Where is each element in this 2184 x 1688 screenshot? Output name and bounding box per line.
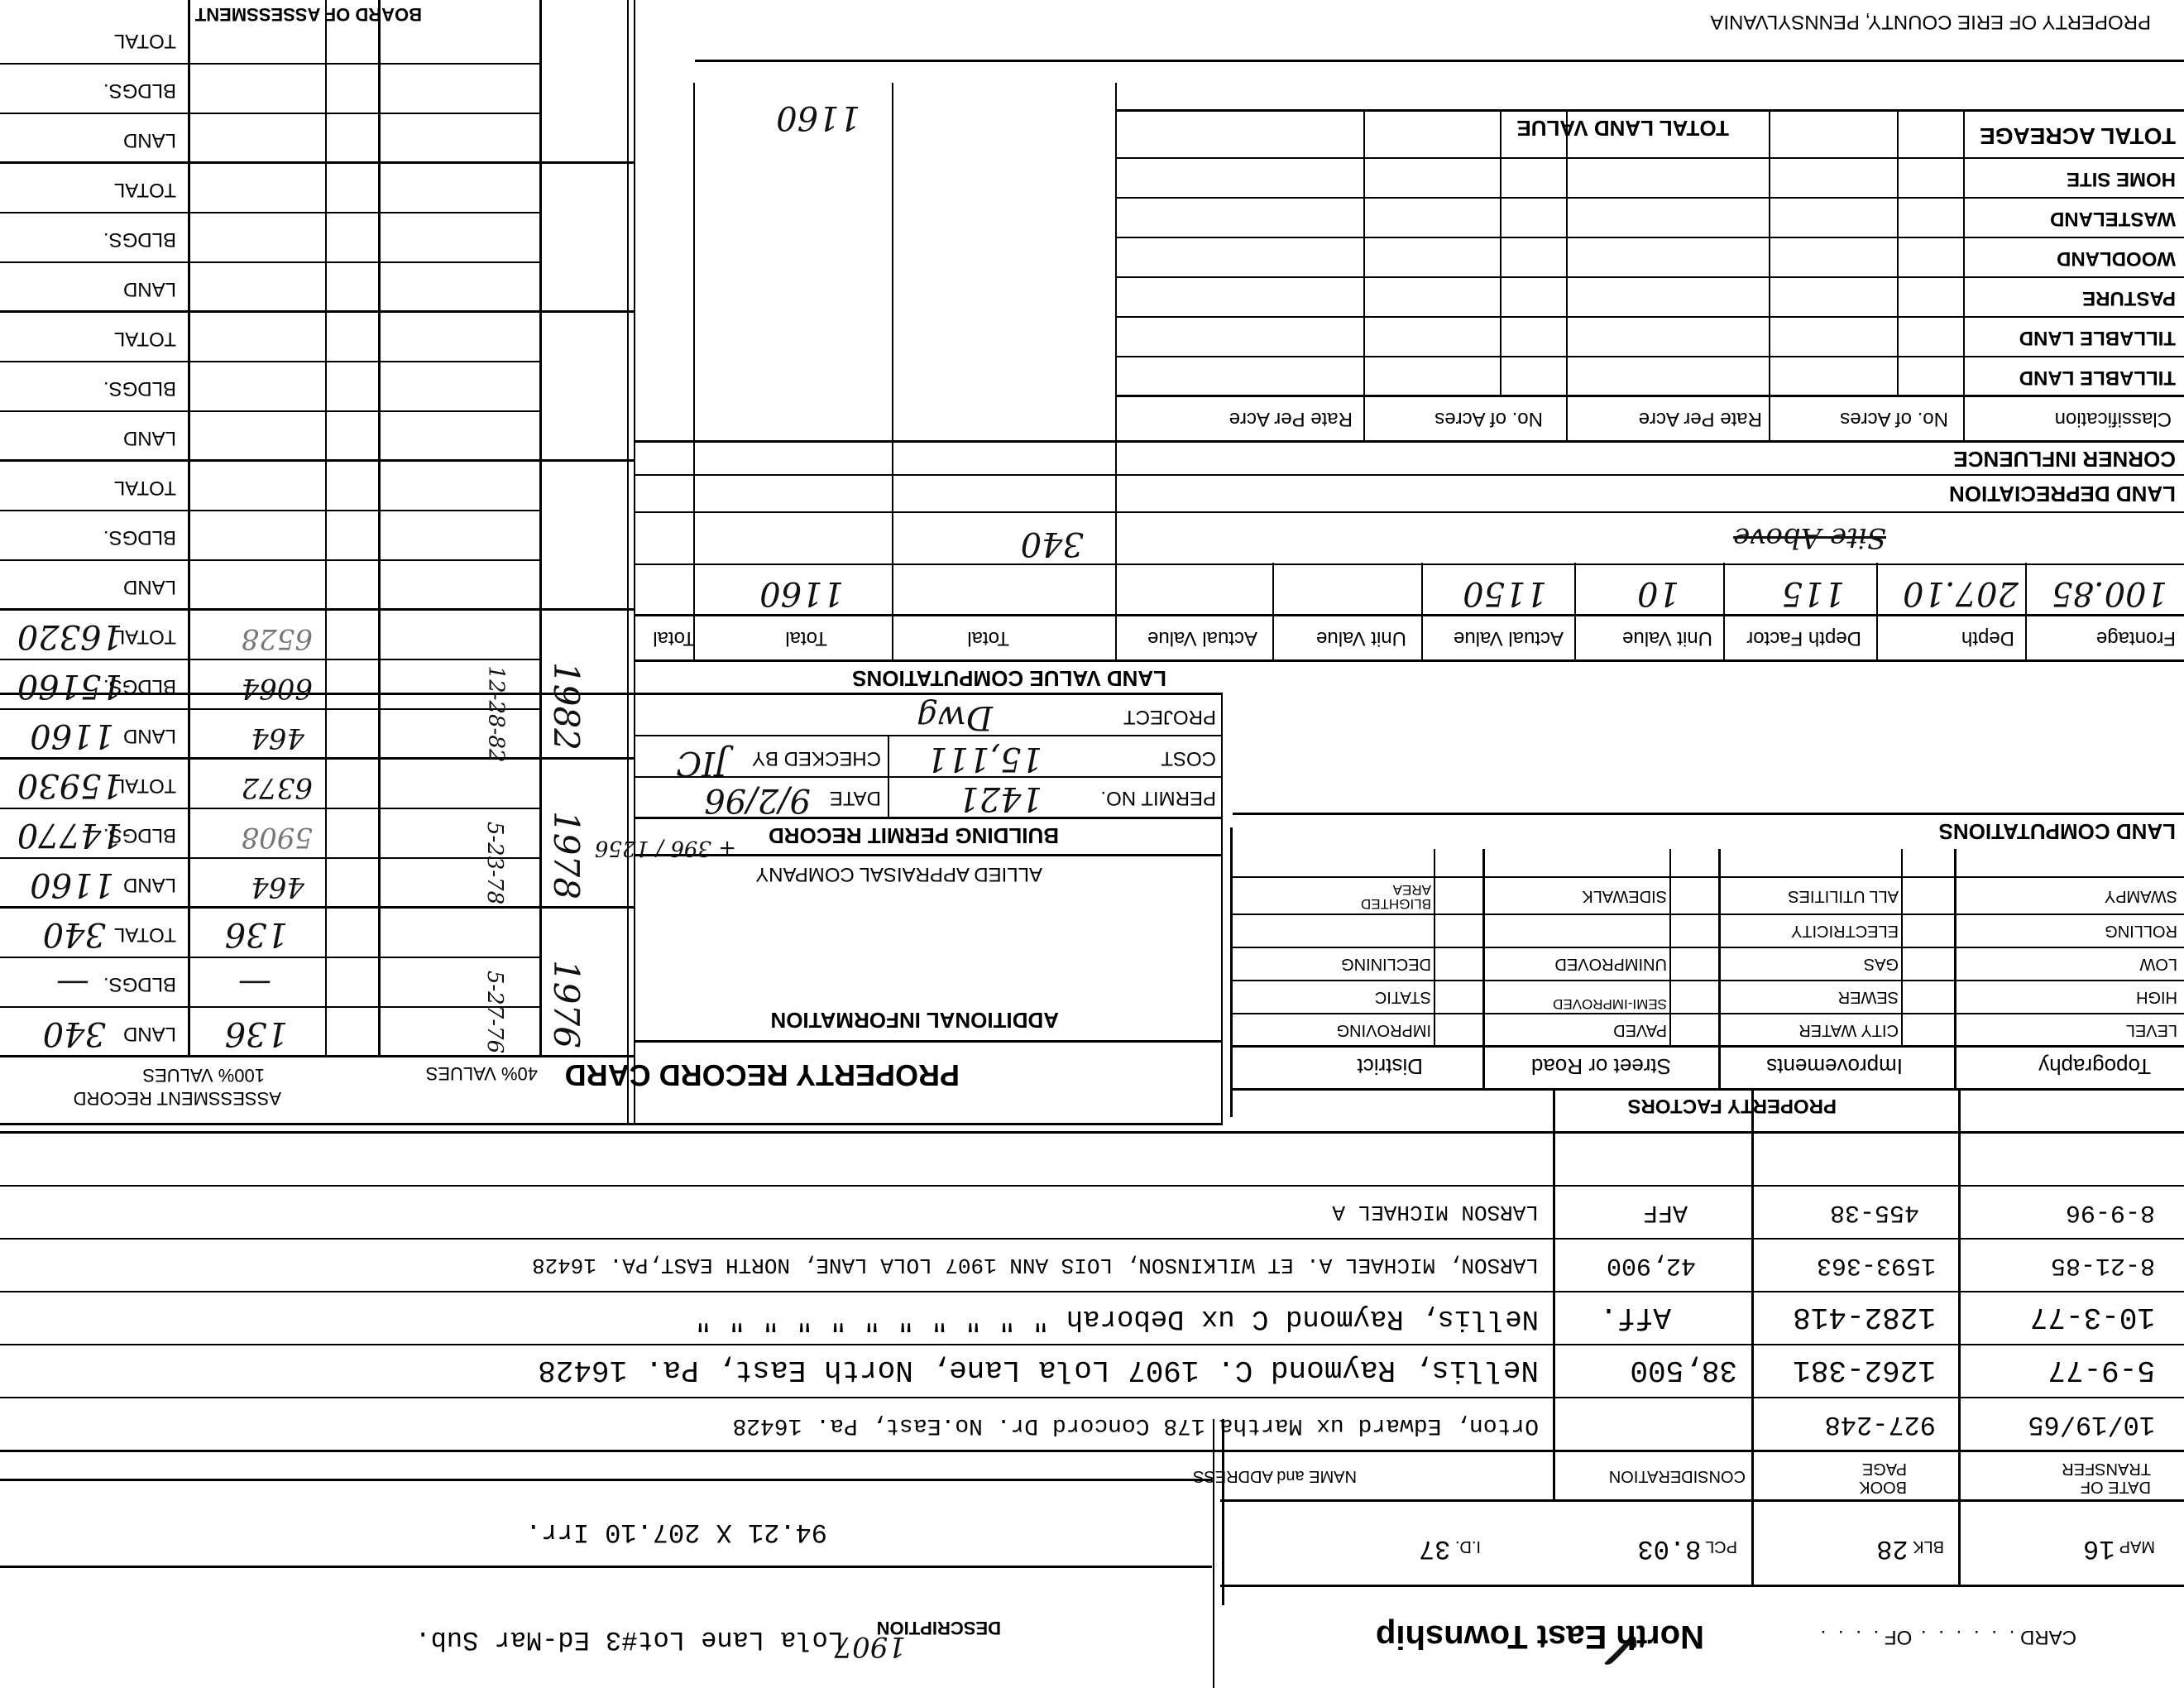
row-label-land: LAND xyxy=(123,1022,176,1045)
row-label-bldgs: BLDGS. xyxy=(103,376,176,400)
table-row: 10/19/65 927-248 Orton, Edward ux Martha… xyxy=(0,1397,2184,1450)
transfer-consideration: 42,900 xyxy=(1607,1251,1696,1279)
divider xyxy=(1220,1499,2184,1502)
transfer-date: 8-21-85 xyxy=(2051,1251,2155,1279)
values-100-label: 100% VALUES xyxy=(142,1064,265,1086)
land-depreciation-label: LAND DEPRECIATION xyxy=(1949,481,2176,506)
frontage-value: 100.85 xyxy=(2052,574,2167,612)
header-actual-value: Actual Value xyxy=(1454,626,1564,650)
land-value-title: LAND VALUE COMPUTATIONS xyxy=(852,665,1166,691)
transfer-date: 10/19/65 xyxy=(2028,1409,2155,1440)
table-row: 8-21-85 1593-363 42,900 LARSON, MICHAEL … xyxy=(0,1238,2184,1291)
transfer-name-address: LARSON MICHAEL A xyxy=(1332,1200,1539,1225)
factor-unimproved: UNIMPROVED xyxy=(1554,954,1667,973)
values-40-label: 40% VALUES xyxy=(426,1062,538,1084)
header-depth: Depth xyxy=(1961,626,2014,650)
class-tillable-land: TILLABLE LAND xyxy=(2019,366,2176,389)
unit-value: 10 xyxy=(1637,574,1679,612)
pcl-label: PCL 8.03 xyxy=(1637,1533,1737,1564)
divider xyxy=(1221,695,1223,1125)
transfer-date: 10-3-77 xyxy=(2030,1300,2155,1334)
divider xyxy=(0,1450,2184,1452)
factor-electricity: ELECTRICITY xyxy=(1791,921,1899,940)
header-no-acres-2: No. of Acres xyxy=(1434,407,1543,430)
property-factors-table: Topography Improvements Street or Road D… xyxy=(1233,849,2184,1089)
divider xyxy=(1233,813,2184,815)
class-total-acreage: TOTAL ACREAGE xyxy=(1980,122,2176,149)
table-row: 8-9-96 455-38 AFF LARSON MICHAEL A xyxy=(0,1185,2184,1238)
checked-by-value: JIC xyxy=(677,744,728,782)
factor-low: LOW xyxy=(2139,954,2177,973)
table-row xyxy=(0,1131,2184,1185)
header-classification: Classification xyxy=(2055,407,2172,430)
factor-swampy: SWAMPY xyxy=(2105,886,2177,905)
row-label-bldgs: BLDGS. xyxy=(103,228,176,251)
factor-city-water: CITY WATER xyxy=(1798,1020,1899,1039)
blk-label: BLK 28 xyxy=(1876,1533,1944,1564)
assessment-group-1976: 1976 5-27-76 136 — 136 LAND BLDGS. TOTAL… xyxy=(0,909,635,1057)
row-label-land: LAND xyxy=(123,277,176,300)
factor-declining: DECLINING xyxy=(1341,954,1431,973)
land-100-value: 1160 xyxy=(30,717,114,755)
property-of-label: PROPERTY OF ERIE COUNTY, PENNSYLVANIA xyxy=(1710,10,2151,33)
row-label-land: LAND xyxy=(123,724,176,747)
assessment-year: 1978 xyxy=(546,811,587,899)
divider xyxy=(0,1123,1223,1125)
factor-gas: GAS xyxy=(1864,954,1899,973)
total-40-value: 136 xyxy=(225,915,288,953)
transfer-consideration: 38,500 xyxy=(1630,1353,1737,1387)
depreciation-note: Site Above xyxy=(1733,521,1886,554)
transfer-book-page: 1262-381 xyxy=(1793,1353,1936,1387)
transfer-book-page: 927-248 xyxy=(1825,1409,1936,1440)
row-label-bldgs: BLDGS. xyxy=(103,972,176,995)
class-home-site: HOME SITE xyxy=(2067,167,2176,190)
assessment-year: 1982 xyxy=(546,662,587,750)
total-2-value: 1160 xyxy=(759,574,844,612)
land-100-value: 340 xyxy=(43,1014,106,1053)
card-label: CARD . . . . . . OF . . . . xyxy=(1818,1625,2076,1648)
bldgs-100-value: — xyxy=(56,965,89,1003)
assessment-stamp: 5-23-78 xyxy=(482,822,507,904)
header-frontage: Frontage xyxy=(2096,626,2176,650)
land-computations-title: LAND COMPUTATIONS xyxy=(1939,818,2176,844)
corner-influence-label: CORNER INFLUENCE xyxy=(1953,446,2176,472)
permit-date-value: 9/2/96 xyxy=(704,781,811,819)
divider xyxy=(1220,1585,2184,1587)
header-actual-value-2: Actual Value xyxy=(1147,626,1257,650)
row-label-total: TOTAL xyxy=(114,178,176,201)
header-book-page: BOOKPAGE xyxy=(1859,1460,1907,1496)
transfer-date: 8-9-96 xyxy=(2066,1198,2155,1226)
map-label: MAP 16 xyxy=(2083,1533,2155,1564)
header-rate-per-acre-2: Rate Per Acre xyxy=(1229,407,1353,430)
factor-level: LEVEL xyxy=(2126,1020,2177,1039)
row-label-total: TOTAL xyxy=(114,774,176,797)
bldgs-40-value: 6064 xyxy=(241,672,313,705)
row-label-bldgs: BLDGS. xyxy=(103,525,176,549)
permit-no-label: PERMIT NO. xyxy=(1100,786,1216,809)
total-100-value: 340 xyxy=(43,915,106,953)
permit-date-label: DATE xyxy=(830,786,881,809)
factor-sidewalk: SIDEWALK xyxy=(1582,886,1667,905)
row-label-total: TOTAL xyxy=(114,327,176,350)
col-street: Street or Road xyxy=(1531,1053,1671,1079)
depth-value: 207.10 xyxy=(1903,574,2019,612)
row-label-land: LAND xyxy=(123,426,176,449)
property-factors-title: PROPERTY FACTORS xyxy=(1628,1094,1837,1117)
header-depth-factor: Depth Factor xyxy=(1746,626,1861,650)
assessment-stamp: 12-28-82 xyxy=(484,666,509,763)
depth-factor-value: 115 xyxy=(1782,574,1845,612)
transfer-consideration: AFF xyxy=(1643,1198,1688,1226)
table-row: 5-9-77 1262-381 38,500 Nellis, Raymond C… xyxy=(0,1344,2184,1397)
factor-semi-improved: SEMI-IMPROVED xyxy=(1535,997,1667,1011)
row-label-total: TOTAL xyxy=(114,923,176,946)
house-number: 1907 xyxy=(834,1630,906,1663)
divider xyxy=(888,736,889,819)
divider xyxy=(635,1040,1223,1043)
transfer-date: 5-9-77 xyxy=(2047,1353,2155,1387)
land-value-row: 100.85 207.10 115 10 1150 1160 xyxy=(635,565,2184,616)
divider xyxy=(0,1566,1212,1568)
additional-info-title: ADDITIONAL INFORMATION xyxy=(770,1007,1059,1033)
divider xyxy=(0,1479,1212,1481)
assessment-stamp: 5-27-76 xyxy=(482,971,507,1053)
header-name-address: NAME and ADDRESS xyxy=(1193,1466,1357,1485)
factor-high: HIGH xyxy=(2136,987,2177,1006)
actual-value: 1150 xyxy=(1463,574,1547,612)
land-100-value: 1160 xyxy=(30,866,114,904)
bldgs-100-value: 14770 xyxy=(17,816,122,854)
assessment-title: ASSESSMENT RECORD xyxy=(74,1087,281,1109)
factor-rolling: ROLLING xyxy=(2105,921,2177,940)
township-name: North East Township xyxy=(1376,1618,1704,1655)
divider xyxy=(1213,1419,1214,1688)
board-of-assessment: BOARD OF ASSESSMENT xyxy=(195,3,422,25)
factor-sewer: SEWER xyxy=(1838,987,1899,1006)
row-label-land: LAND xyxy=(123,873,176,896)
permit-no-value: 1421 xyxy=(958,779,1042,818)
col-improvements: Improvements xyxy=(1766,1053,1903,1079)
record-card-title: PROPERTY RECORD CARD xyxy=(565,1057,960,1092)
building-permit-title: BUILDING PERMIT RECORD xyxy=(769,822,1059,848)
total-100-value: 15930 xyxy=(17,766,122,804)
appraisal-company: ALLIED APPRAISAL COMPANY xyxy=(755,862,1042,885)
land-value-headers: Frontage Depth Depth Factor Unit Value A… xyxy=(635,612,2184,662)
transfer-consideration: Aff. xyxy=(1600,1300,1671,1334)
factor-static: STATIC xyxy=(1375,987,1431,1006)
row-label-total: TOTAL xyxy=(114,29,176,52)
row-label-total: TOTAL xyxy=(114,625,176,648)
header-consideration: CONSIDERATION xyxy=(1609,1466,1746,1485)
class-pasture: PASTURE xyxy=(2082,286,2176,309)
description-line1: Lola Lane Lot#3 Ed-Mar Sub. xyxy=(415,1624,844,1655)
bldgs-40-value: 5908 xyxy=(241,821,313,854)
header-rate-per-acre: Rate Per Acre xyxy=(1639,407,1762,430)
bldgs-40-value: — xyxy=(238,965,271,1003)
row-label-land: LAND xyxy=(123,128,176,151)
transfer-book-page: 1282-418 xyxy=(1793,1300,1936,1334)
header-no-acres: No. of Acres xyxy=(1840,407,1948,430)
header-unit-value: Unit Value xyxy=(1622,626,1712,650)
factor-blighted-area: BLIGHTED AREA xyxy=(1324,883,1431,911)
header-total-2: Total xyxy=(785,626,827,650)
total-land-value-label: TOTAL LAND VALUE xyxy=(1516,115,1729,141)
permit-cost-value: 15,111 xyxy=(927,740,1042,778)
total-100-value: 16320 xyxy=(17,617,122,655)
assessment-group-1978: 1978 5-23-78 464 5908 6372 LAND BLDGS. T… xyxy=(0,760,635,909)
class-tillable-land-2: TILLABLE LAND xyxy=(2019,326,2176,349)
assessment-year: 1976 xyxy=(546,960,587,1048)
transfer-name-address: LARSON, MICHAEL A. ET WILKINSON, LOIS AN… xyxy=(532,1253,1539,1278)
total-40-value: 6528 xyxy=(241,622,313,655)
header-total-3: Total xyxy=(653,626,695,650)
col-topography: Topography xyxy=(2038,1053,2151,1079)
class-woodland: WOODLAND xyxy=(2057,247,2176,270)
factor-paved: PAVED xyxy=(1613,1020,1667,1039)
land-40-value: 464 xyxy=(251,870,304,904)
description-line2: 94.21 X 207.10 Irr. xyxy=(525,1517,827,1547)
transfer-book-page: 1593-363 xyxy=(1817,1251,1936,1279)
total-40-value: 6372 xyxy=(241,771,313,804)
bldgs-100-value: 15160 xyxy=(17,667,122,705)
depreciation-total: 340 xyxy=(1021,525,1084,563)
row-label-land: LAND xyxy=(123,575,176,598)
class-wasteland: WASTELAND xyxy=(2050,207,2176,230)
checked-by-label: CHECKED BY xyxy=(752,746,881,770)
factor-improving: IMPROVING xyxy=(1337,1020,1431,1039)
project-label: PROJECT xyxy=(1123,705,1216,728)
transfer-name-address: Orton, Edward ux Martha 178 Concord Dr. … xyxy=(732,1412,1539,1438)
assessment-group-1982: 1982 12-28-82 464 6064 6528 LAND BLDGS. … xyxy=(0,611,635,760)
land-40-value: 136 xyxy=(225,1014,288,1053)
header-total-1: Total xyxy=(967,626,1009,650)
property-record-card: ✓ CARD . . . . . . OF . . . . North East… xyxy=(0,0,2184,1688)
transfer-name-address: Nellis, Raymond C. 1907 Lola Lane, North… xyxy=(538,1353,1539,1387)
table-row: 10-3-77 1282-418 Aff. Nellis, Raymond C … xyxy=(0,1291,2184,1344)
transfer-book-page: 455-38 xyxy=(1830,1198,1919,1226)
id-label: I.D. 37 xyxy=(1419,1533,1481,1564)
row-label-bldgs: BLDGS. xyxy=(103,79,176,102)
transfer-name-address: Nellis, Raymond C ux Deborah " " " " " "… xyxy=(695,1302,1539,1334)
project-value: Dwg xyxy=(917,698,993,736)
factor-all-utilities: ALL UTILITIES xyxy=(1788,886,1899,905)
row-label-total: TOTAL xyxy=(114,476,176,499)
assessment-empty-groups: LAND BLDGS. TOTAL LAND BLDGS. TOTAL LAND… xyxy=(0,15,635,611)
total-land-value: 1160 xyxy=(776,98,860,137)
land-40-value: 464 xyxy=(251,722,304,755)
header-unit-value-2: Unit Value xyxy=(1316,626,1406,650)
col-district: District xyxy=(1358,1053,1423,1079)
header-date: DATE OFTRANSFER xyxy=(2062,1460,2151,1496)
permit-cost-label: COST xyxy=(1161,746,1216,770)
